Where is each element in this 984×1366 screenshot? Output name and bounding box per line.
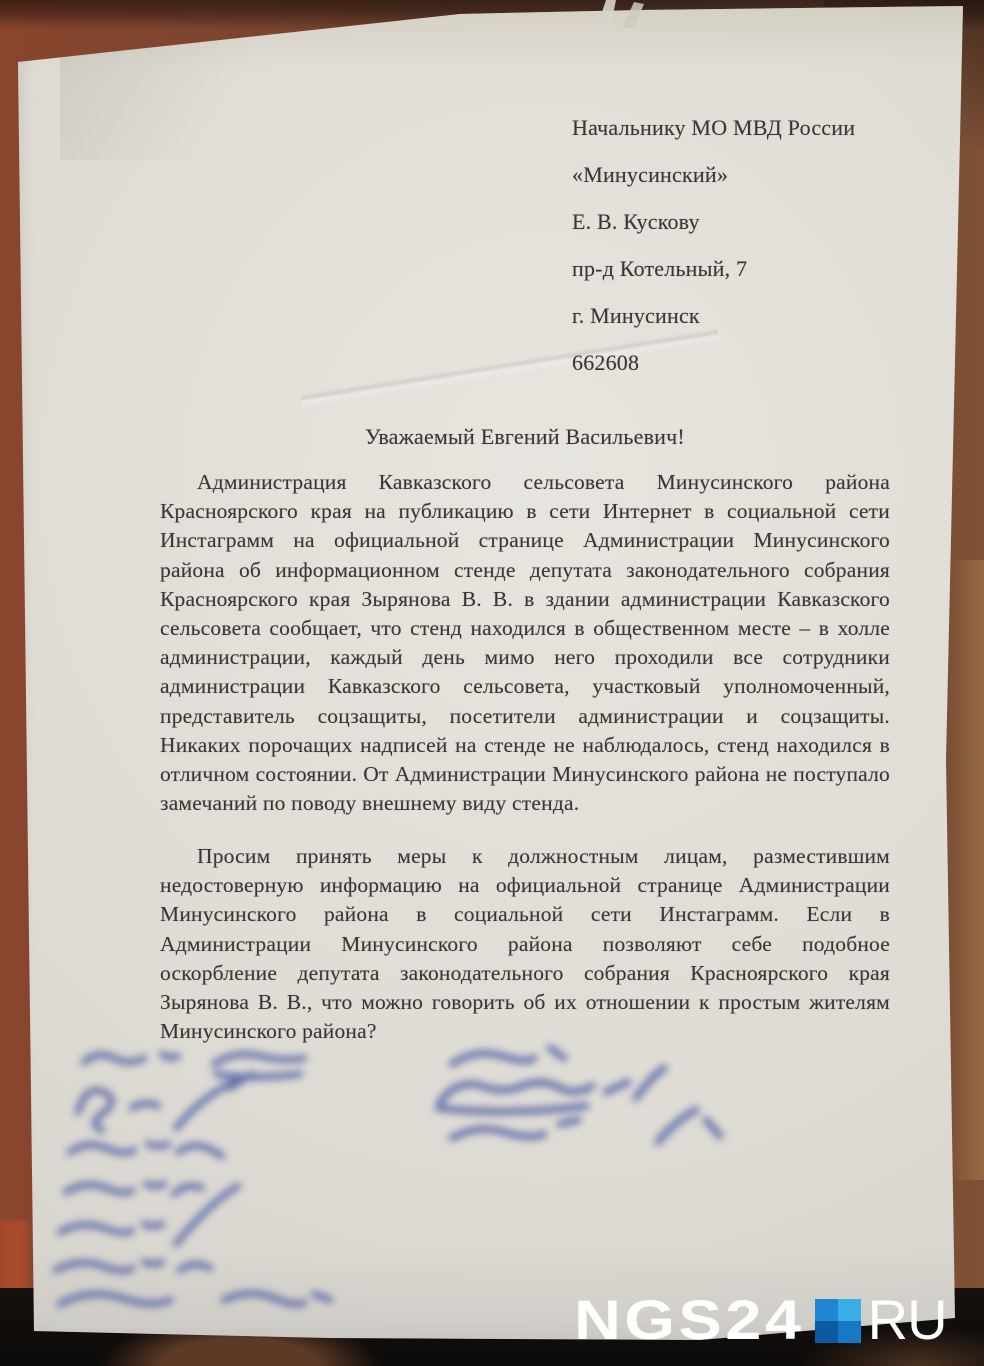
signature-column-right	[438, 1048, 720, 1142]
ngs24-watermark: NGS24 RU	[574, 1293, 947, 1347]
ngs24-brand-text: NGS24	[574, 1292, 804, 1348]
logo-quad-top-right	[838, 1299, 861, 1321]
signature-column-left	[56, 1054, 330, 1304]
logo-quad-bottom-left	[815, 1321, 838, 1343]
logo-quad-top-left	[815, 1299, 838, 1321]
ngs24-logo	[815, 1299, 861, 1343]
wood-light-streak	[950, 560, 984, 1180]
ngs24-tld-text: RU	[868, 1292, 947, 1348]
handwritten-signatures	[0, 0, 984, 1366]
white-clip	[560, 0, 680, 34]
logo-quad-bottom-right	[838, 1321, 861, 1343]
paper-sheet: Начальнику МО МВД России «Минусинский» Е…	[0, 0, 984, 1366]
photo-of-letter: Начальнику МО МВД России «Минусинский» Е…	[0, 0, 984, 1366]
